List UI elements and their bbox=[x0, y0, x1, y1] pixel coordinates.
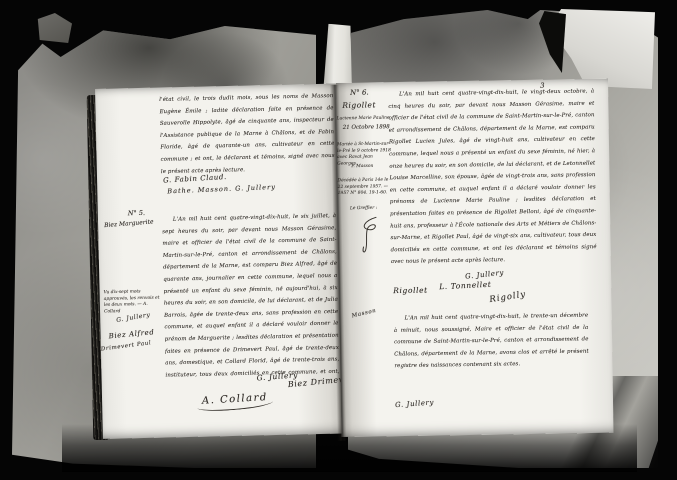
act6-margin-name: Rigollet bbox=[342, 100, 376, 110]
act6-signature-declarant: Rigollet bbox=[393, 286, 428, 296]
act6-margin-number: N° 6. bbox=[350, 88, 369, 96]
register-page-right: 3 N° 6. Rigollet Lucienne Marie Pauline … bbox=[336, 79, 614, 437]
act5-body: L'An mil huit cent quatre-vingt-dix-huit… bbox=[162, 210, 340, 382]
closure-margin-signature: Masson bbox=[351, 308, 377, 319]
act6-body: L'An mil huit cent quatre-vingt-dix-huit… bbox=[388, 85, 597, 292]
act5-margin-signature-2: Biez Alfred bbox=[108, 328, 154, 340]
act5-margin-name: Biez Marguerite bbox=[104, 218, 154, 229]
closure-signature: G. Jullery bbox=[395, 398, 434, 409]
greffier-paraph-flourish bbox=[356, 214, 383, 258]
act5-margin-note: Vu dix-sept mots approuvés, les renvois … bbox=[104, 288, 162, 315]
act5-signature-collard: A. Collard bbox=[202, 392, 269, 413]
closure-body: L'An mil huit cent quatre-vingt-dix-huit… bbox=[394, 309, 590, 398]
torn-paper-tab bbox=[34, 13, 72, 43]
scan-stage: l'état civil, le trois dudit mois, sous … bbox=[0, 0, 677, 480]
greffier-label: Le Greffier : bbox=[350, 204, 394, 211]
register-page-left: l'état civil, le trois dudit mois, sous … bbox=[95, 83, 348, 438]
act-previous-signature-2: Bathe. Masson. G. Jullery bbox=[167, 183, 276, 195]
act6-margin-date: 21 Octobre 1898 bbox=[343, 124, 390, 131]
act6-signature-witness: Rigolly bbox=[489, 290, 527, 306]
act6-death-mention: Décédée à Paris 14e le 22 septembre 1957… bbox=[337, 176, 394, 196]
act5-margin-number: N° 5. bbox=[128, 209, 145, 217]
act5-margin-signature-3: Drimevert Paul bbox=[101, 340, 152, 352]
act-previous-body: l'état civil, le trois dudit mois, sous … bbox=[159, 90, 335, 177]
